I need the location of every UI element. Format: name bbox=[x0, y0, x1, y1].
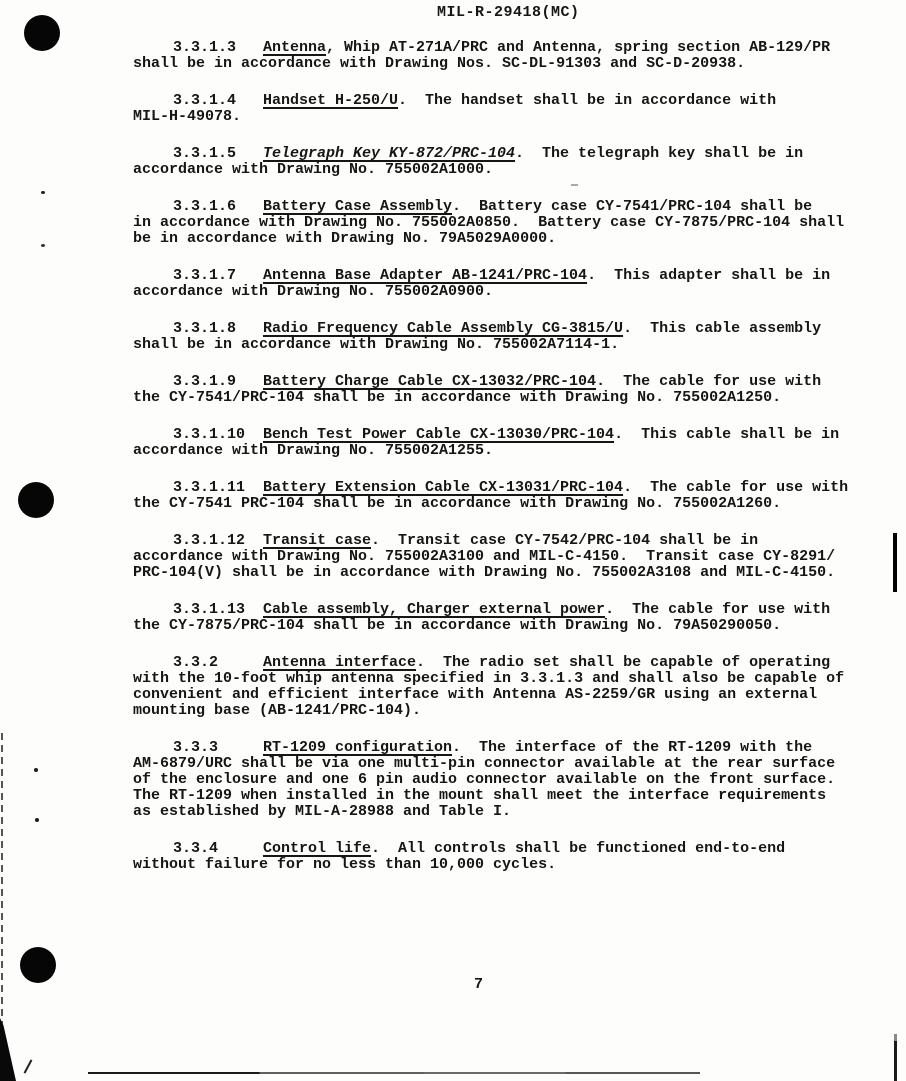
section-number: 3.3.4 bbox=[173, 841, 263, 857]
scan-smudge-bottom-left bbox=[0, 1018, 16, 1081]
section-title: Cable assembly, Charger external power bbox=[263, 601, 605, 618]
scan-edge-line-bottom bbox=[88, 1072, 700, 1074]
page-number: 7 bbox=[474, 977, 483, 993]
ink-speck bbox=[34, 768, 38, 772]
ink-speck bbox=[41, 244, 45, 247]
section-title: Handset H-250/U bbox=[263, 92, 398, 109]
spec-paragraph: 3.3.1.4Handset H-250/U. The handset shal… bbox=[133, 93, 899, 125]
section-title: Antenna interface bbox=[263, 654, 416, 671]
spec-paragraph: 3.3.2Antenna interface. The radio set sh… bbox=[133, 655, 899, 719]
section-number: 3.3.1.10 bbox=[173, 427, 263, 443]
section-title: Antenna Base Adapter AB-1241/PRC-104 bbox=[263, 267, 587, 284]
section-title: Transit case bbox=[263, 532, 371, 549]
spec-paragraph: 3.3.1.10Bench Test Power Cable CX-13030/… bbox=[133, 427, 899, 459]
hole-punch-mark-top bbox=[24, 15, 60, 51]
section-number: 3.3.2 bbox=[173, 655, 263, 671]
ink-speck bbox=[571, 184, 578, 186]
section-title: RT-1209 configuration bbox=[263, 739, 452, 756]
section-title: Battery Charge Cable CX-13032/PRC-104 bbox=[263, 373, 596, 390]
section-number: 3.3.1.7 bbox=[173, 268, 263, 284]
section-number: 3.3.1.6 bbox=[173, 199, 263, 215]
spec-paragraph: 3.3.1.9Battery Charge Cable CX-13032/PRC… bbox=[133, 374, 899, 406]
scanned-document-page: MIL-R-29418(MC) 3.3.1.3Antenna, Whip AT-… bbox=[0, 0, 906, 1081]
spec-paragraph: 3.3.1.11Battery Extension Cable CX-13031… bbox=[133, 480, 899, 512]
scan-edge-line-right bbox=[894, 1034, 897, 1081]
section-number: 3.3.1.3 bbox=[173, 40, 263, 56]
spec-paragraph: 3.3.3RT-1209 configuration. The interfac… bbox=[133, 740, 899, 820]
section-number: 3.3.1.8 bbox=[173, 321, 263, 337]
spec-paragraph: 3.3.1.3Antenna, Whip AT-271A/PRC and Ant… bbox=[133, 40, 899, 72]
change-bar bbox=[893, 533, 897, 592]
spec-paragraph: 3.3.1.13Cable assembly, Charger external… bbox=[133, 602, 899, 634]
section-number: 3.3.1.11 bbox=[173, 480, 263, 496]
section-number: 3.3.1.12 bbox=[173, 533, 263, 549]
section-title: Radio Frequency Cable Assembly CG-3815/U bbox=[263, 320, 623, 337]
section-title: Bench Test Power Cable CX-13030/PRC-104 bbox=[263, 426, 614, 443]
section-title: Control life bbox=[263, 840, 371, 857]
spec-paragraph: 3.3.1.8Radio Frequency Cable Assembly CG… bbox=[133, 321, 899, 353]
spec-paragraph: 3.3.1.12Transit case. Transit case CY-75… bbox=[133, 533, 899, 581]
scan-smudge-slash bbox=[24, 1059, 33, 1073]
spec-paragraph: 3.3.1.7Antenna Base Adapter AB-1241/PRC-… bbox=[133, 268, 899, 300]
section-number: 3.3.3 bbox=[173, 740, 263, 756]
section-title: Antenna bbox=[263, 39, 326, 56]
spec-paragraph: 3.3.1.5Telegraph Key KY-872/PRC-104. The… bbox=[133, 146, 899, 178]
section-number: 3.3.1.13 bbox=[173, 602, 263, 618]
spec-paragraph: 3.3.4Control life. All controls shall be… bbox=[133, 841, 899, 873]
section-number: 3.3.1.9 bbox=[173, 374, 263, 390]
spec-paragraph: 3.3.1.6Battery Case Assembly. Battery ca… bbox=[133, 199, 899, 247]
section-title: Battery Case Assembly bbox=[263, 198, 452, 215]
section-title: Battery Extension Cable CX-13031/PRC-104 bbox=[263, 479, 623, 496]
section-number: 3.3.1.5 bbox=[173, 146, 263, 162]
hole-punch-mark-middle bbox=[18, 482, 54, 518]
section-number: 3.3.1.4 bbox=[173, 93, 263, 109]
paragraph-list: 3.3.1.3Antenna, Whip AT-271A/PRC and Ant… bbox=[133, 0, 899, 894]
section-title: Telegraph Key KY-872/PRC-104 bbox=[263, 145, 515, 162]
ink-speck bbox=[35, 818, 39, 822]
hole-punch-mark-bottom bbox=[20, 947, 56, 983]
ink-speck bbox=[41, 191, 45, 194]
